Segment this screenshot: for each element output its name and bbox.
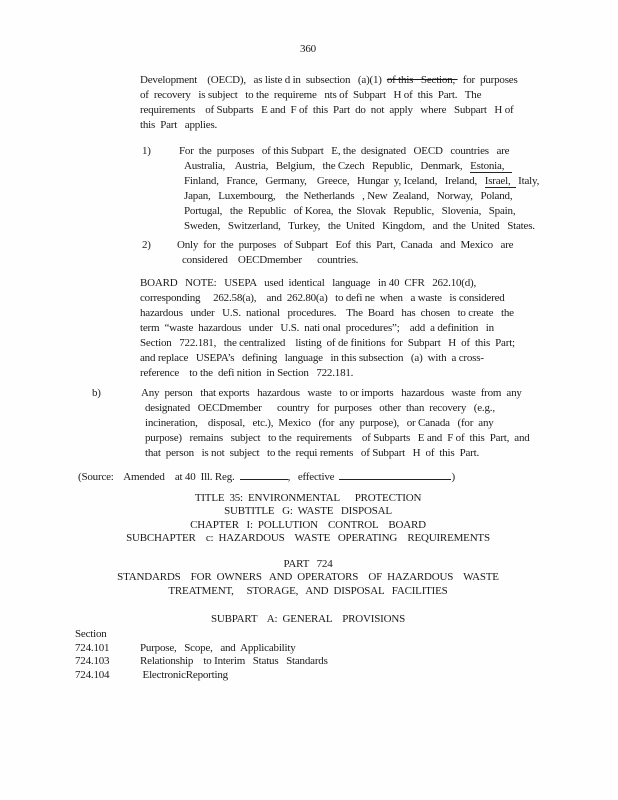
subchapter-line: SUBCHAPTER c: HAZARDOUS WASTE OPERATING … xyxy=(10,532,606,545)
text-line: For the purposes of this Subpart E, the … xyxy=(179,144,539,159)
text-line: hazardous under U.S. national procedures… xyxy=(140,306,515,321)
item-b-marker: b) xyxy=(92,386,101,401)
section-title: ElectronicReporting xyxy=(140,669,228,681)
section-number: 724.104 xyxy=(75,669,140,683)
text-line: incineration, disposal, etc.), Mexico (f… xyxy=(145,416,530,431)
title-block: TITLE 35: ENVIRONMENTAL PROTECTION SUBTI… xyxy=(10,492,606,546)
text-line: Development (OECD), as liste d in subsec… xyxy=(140,73,518,88)
text-line: considered OECDmember countries. xyxy=(182,253,513,268)
blank-line-register xyxy=(240,470,288,480)
countries-pre: Australia, Austria, Belgium, the Czech R… xyxy=(184,160,470,172)
text-line: purpose) remains subject to the requirem… xyxy=(145,431,530,446)
item-2-marker: 2) xyxy=(142,238,151,253)
text-line: reference to the defi nition in Section … xyxy=(140,366,515,381)
part-block: PART 724 STANDARDS FOR OWNERS AND OPERAT… xyxy=(10,558,606,598)
section-title: Purpose, Scope, and Applicability xyxy=(140,642,296,654)
part-number-line: PART 724 xyxy=(10,558,606,571)
intro-paragraph: Development (OECD), as liste d in subsec… xyxy=(140,73,518,133)
chapter-line: CHAPTER I: POLLUTION CONTROL BOARD xyxy=(10,519,606,532)
text-line: corresponding 262.58(a), and 262.80(a) t… xyxy=(140,291,515,306)
title-line: TITLE 35: ENVIRONMENTAL PROTECTION xyxy=(10,492,606,505)
section-title: Relationship to Interim Status Standards xyxy=(140,655,328,667)
text-line: designated OECDmember country for purpos… xyxy=(145,401,530,416)
blank-line-effective xyxy=(339,470,451,480)
board-note: BOARD NOTE: USEPA used identical languag… xyxy=(140,276,515,381)
source-close: ) xyxy=(451,471,454,483)
text-line: Section 722.181, the centralized listing… xyxy=(140,336,515,351)
countries-pre: Finland, France, Germany, Greece, Hungar… xyxy=(184,175,485,187)
text-line: Any person that exports hazardous waste … xyxy=(141,386,530,401)
text-line: of recovery is subject to the requireme … xyxy=(140,88,518,103)
document-page: 360 Development (OECD), as liste d in su… xyxy=(0,0,618,800)
item-1-text: For the purposes of this Subpart E, the … xyxy=(179,144,539,234)
text-line: Australia, Austria, Belgium, the Czech R… xyxy=(184,159,539,174)
subtitle-line: SUBTITLE G: WASTE DISPOSAL xyxy=(10,505,606,518)
section-number: 724.101 xyxy=(75,642,140,656)
text-line: Finland, France, Germany, Greece, Hungar… xyxy=(184,174,539,189)
page-number: 360 xyxy=(10,42,606,57)
text-line: Only for the purposes of Subpart Eof thi… xyxy=(177,238,513,253)
source-mid: , effective xyxy=(288,471,340,483)
subpart-heading: SUBPART A: GENERAL PROVISIONS xyxy=(10,612,606,627)
source-pre: (Source: Amended at 40 Ill. Reg. xyxy=(78,471,240,483)
text-line: requirements of Subparts E and F of this… xyxy=(140,103,518,118)
section-list-header: Section xyxy=(75,628,328,642)
table-row: 724.103Relationship to Interim Status St… xyxy=(75,655,328,669)
source-line: (Source: Amended at 40 Ill. Reg. , effec… xyxy=(78,470,455,485)
struck-text: of this Section, xyxy=(387,74,458,86)
intro-line1-pre: Development (OECD), as liste d in subsec… xyxy=(140,74,387,86)
text-line: Sweden, Switzerland, Turkey, the United … xyxy=(184,219,539,234)
text-line: term “waste hazardous under U.S. nati on… xyxy=(140,321,515,336)
text-line: Japan, Luxembourg, the Netherlands , New… xyxy=(184,189,539,204)
text-line: BOARD NOTE: USEPA used identical languag… xyxy=(140,276,515,291)
intro-line1-post: for purposes xyxy=(458,74,518,86)
part-title-line2: TREATMENT, STORAGE, AND DISPOSAL FACILIT… xyxy=(10,585,606,598)
table-row: 724.101Purpose, Scope, and Applicability xyxy=(75,642,328,656)
section-list: Section 724.101Purpose, Scope, and Appli… xyxy=(75,628,328,682)
part-title-line1: STANDARDS FOR OWNERS AND OPERATORS OF HA… xyxy=(10,571,606,584)
underlined-country-israel: Israel, xyxy=(485,175,516,188)
item-b-text: Any person that exports hazardous waste … xyxy=(141,386,530,461)
item-1-marker: 1) xyxy=(142,144,151,159)
countries-post: Italy, xyxy=(516,175,540,187)
underlined-country-estonia: Estonia, xyxy=(470,160,512,173)
text-line: that person is not subject to the requi … xyxy=(145,446,530,461)
text-line: this Part applies. xyxy=(140,118,518,133)
section-number: 724.103 xyxy=(75,655,140,669)
item-2-text: Only for the purposes of Subpart Eof thi… xyxy=(177,238,513,268)
text-line: Portugal, the Republic of Korea, the Slo… xyxy=(184,204,539,219)
text-line: and replace USEPA’s defining language in… xyxy=(140,351,515,366)
table-row: 724.104 ElectronicReporting xyxy=(75,669,328,683)
